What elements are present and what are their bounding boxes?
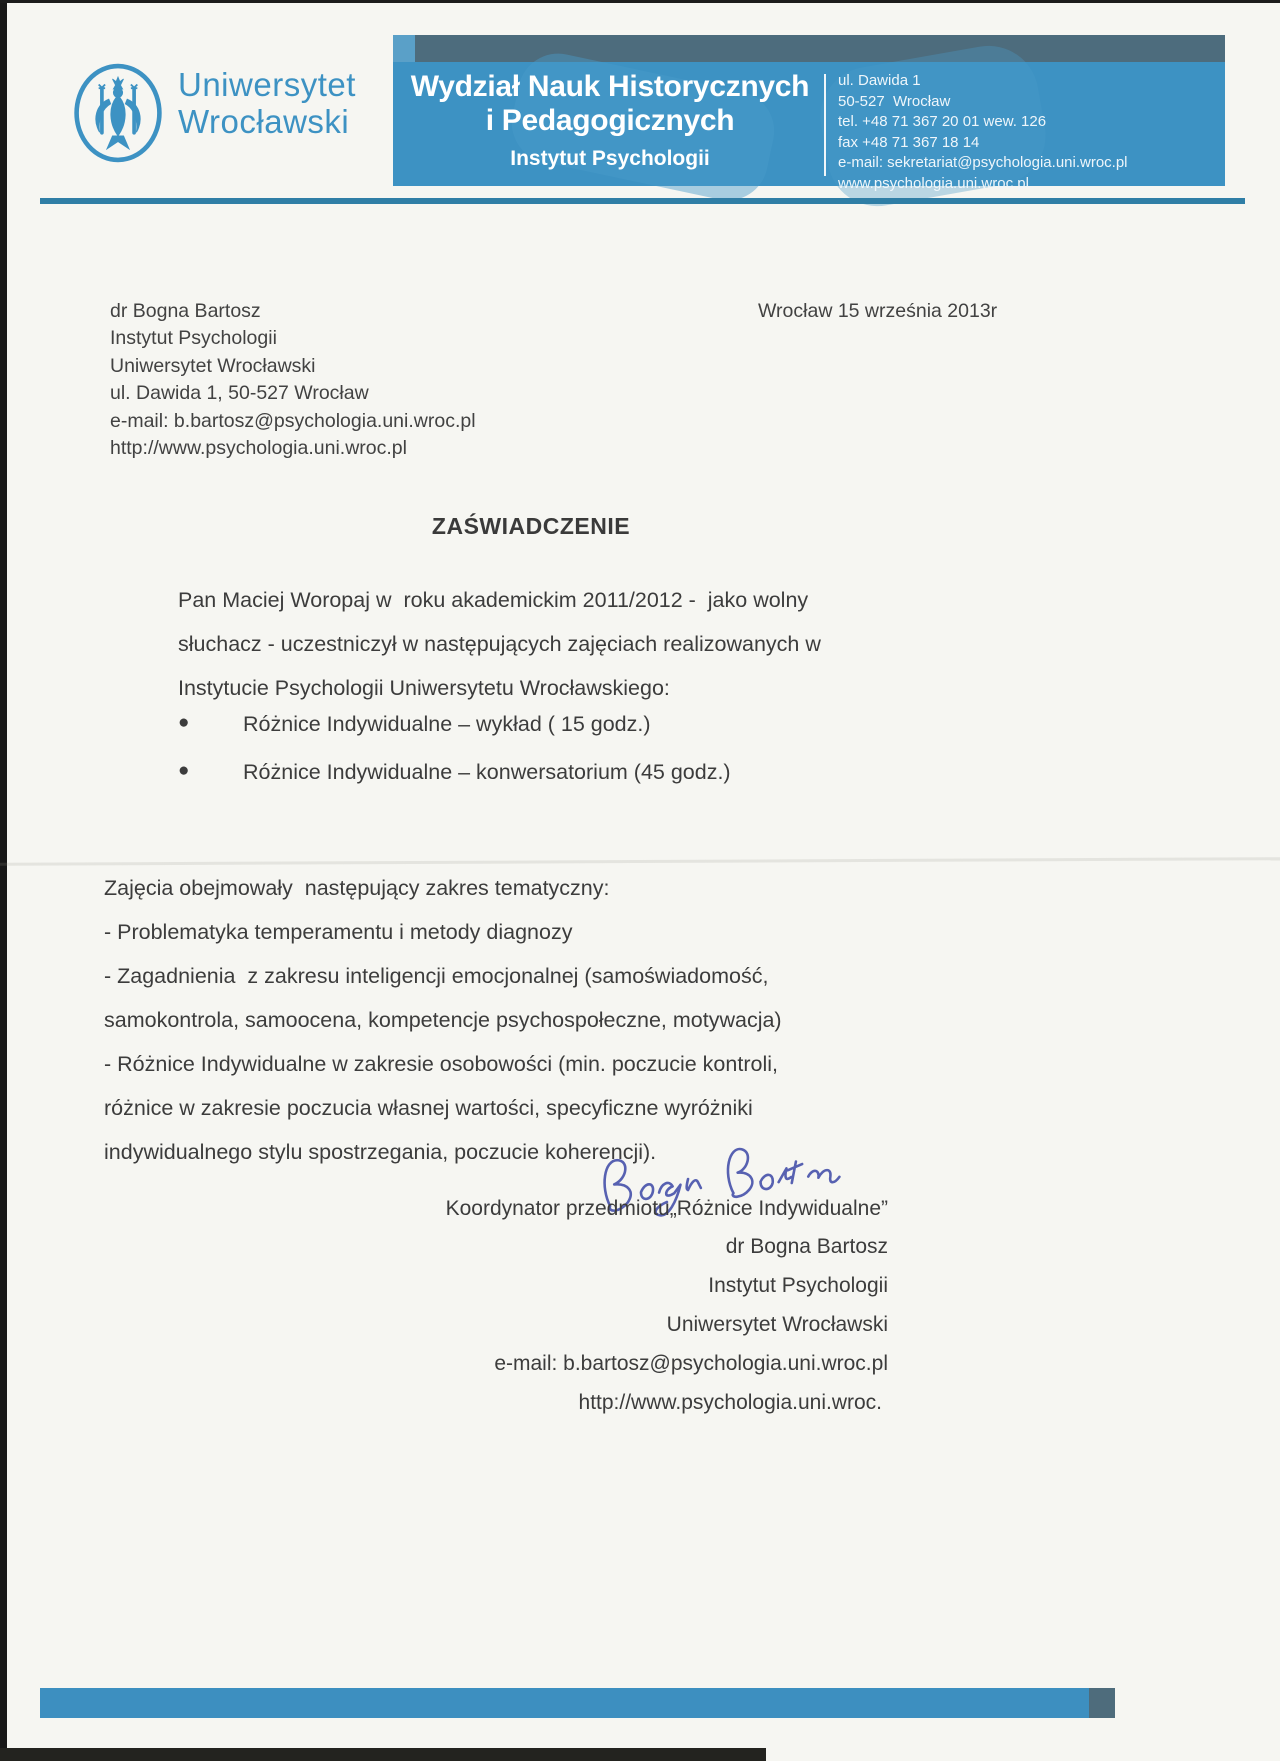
university-logo xyxy=(72,62,164,164)
topics-paragraph: Zajęcia obejmowały następujący zakres te… xyxy=(104,866,782,1174)
university-name-line1: Uniwersytet xyxy=(178,66,356,103)
document-title: ZAŚWIADCZENIE xyxy=(0,513,1062,540)
signature-website: http://www.psychologia.uni.wroc. xyxy=(579,1391,882,1415)
contact-website: www.psychologia.uni.wroc.pl xyxy=(838,174,1128,195)
date-line: Wrocław 15 września 2013r xyxy=(758,300,997,323)
header-dark-bar xyxy=(415,35,1225,62)
sender-institute: Instytut Psychologii xyxy=(110,325,476,352)
sender-name: dr Bogna Bartosz xyxy=(110,298,476,325)
sender-address: ul. Dawida 1, 50-527 Wrocław xyxy=(110,380,476,407)
contact-city: 50-527 Wrocław xyxy=(838,92,1128,113)
scan-edge-top xyxy=(0,0,1280,3)
header-contact-block: ul. Dawida 1 50-527 Wrocław tel. +48 71 … xyxy=(838,71,1128,194)
course-item-label: Różnice Indywidualne – wykład ( 15 godz.… xyxy=(243,712,651,737)
faculty-name-line1: Wydział Nauk Historycznych xyxy=(400,70,820,104)
intro-line: słuchacz - uczestniczył w następujących … xyxy=(178,622,821,666)
university-name-line2: Wrocławski xyxy=(178,103,356,140)
sender-website: http://www.psychologia.uni.wroc.pl xyxy=(110,435,476,462)
course-list: ● Różnice Indywidualne – wykład ( 15 god… xyxy=(178,712,731,808)
faculty-title: Wydział Nauk Historycznych i Pedagogiczn… xyxy=(400,70,820,172)
topics-line: - Problematyka temperamentu i metody dia… xyxy=(104,910,782,954)
course-item-label: Różnice Indywidualne – konwersatorium (4… xyxy=(243,760,731,785)
sender-university: Uniwersytet Wrocławski xyxy=(110,353,476,380)
contact-fax: fax +48 71 367 18 14 xyxy=(838,133,1128,154)
topics-line: - Zagadnienia z zakresu inteligencji emo… xyxy=(104,954,782,998)
scan-edge-left xyxy=(0,0,7,1761)
paper-crease xyxy=(0,857,1280,866)
course-item: ● Różnice Indywidualne – wykład ( 15 god… xyxy=(178,712,731,760)
header-accent-square xyxy=(393,35,415,62)
header-rule xyxy=(40,198,1245,204)
intro-paragraph: Pan Maciej Woropaj w roku akademickim 20… xyxy=(178,578,821,710)
contact-phone: tel. +48 71 367 20 01 wew. 126 xyxy=(838,112,1128,133)
footer-bar-end-cap xyxy=(1089,1688,1115,1718)
institute-name: Instytut Psychologii xyxy=(400,146,820,172)
signature-email: e-mail: b.bartosz@psychologia.uni.wroc.p… xyxy=(494,1352,888,1376)
signature-role-line: Koordynator przedmiotu„Różnice Indywidua… xyxy=(446,1197,888,1221)
scanned-letter-page: Uniwersytet Wrocławski Wydział Nauk Hist… xyxy=(0,0,1280,1761)
university-eagle-icon xyxy=(72,62,164,164)
header-divider xyxy=(824,74,826,176)
topics-line: Zajęcia obejmowały następujący zakres te… xyxy=(104,866,782,910)
signature-institute: Instytut Psychologii xyxy=(708,1274,888,1298)
topics-line: różnice w zakresie poczucia własnej wart… xyxy=(104,1086,782,1130)
signature-name: dr Bogna Bartosz xyxy=(726,1235,888,1259)
contact-email: e-mail: sekretariat@psychologia.uni.wroc… xyxy=(838,153,1128,174)
university-name: Uniwersytet Wrocławski xyxy=(178,66,356,140)
intro-line: Instytucie Psychologii Uniwersytetu Wroc… xyxy=(178,666,821,710)
bullet-icon: ● xyxy=(178,760,243,782)
sender-block: dr Bogna Bartosz Instytut Psychologii Un… xyxy=(110,298,476,462)
intro-line: Pan Maciej Woropaj w roku akademickim 20… xyxy=(178,578,821,622)
signature-university: Uniwersytet Wrocławski xyxy=(667,1313,888,1337)
faculty-name-line2: i Pedagogicznych xyxy=(400,104,820,138)
contact-street: ul. Dawida 1 xyxy=(838,71,1128,92)
sender-email: e-mail: b.bartosz@psychologia.uni.wroc.p… xyxy=(110,408,476,435)
footer-bar xyxy=(40,1688,1089,1718)
topics-line: samokontrola, samoocena, kompetencje psy… xyxy=(104,998,782,1042)
course-item: ● Różnice Indywidualne – konwersatorium … xyxy=(178,760,731,808)
scan-edge-bottom xyxy=(0,1748,766,1761)
bullet-icon: ● xyxy=(178,712,243,734)
topics-line: - Różnice Indywidualne w zakresie osobow… xyxy=(104,1042,782,1086)
